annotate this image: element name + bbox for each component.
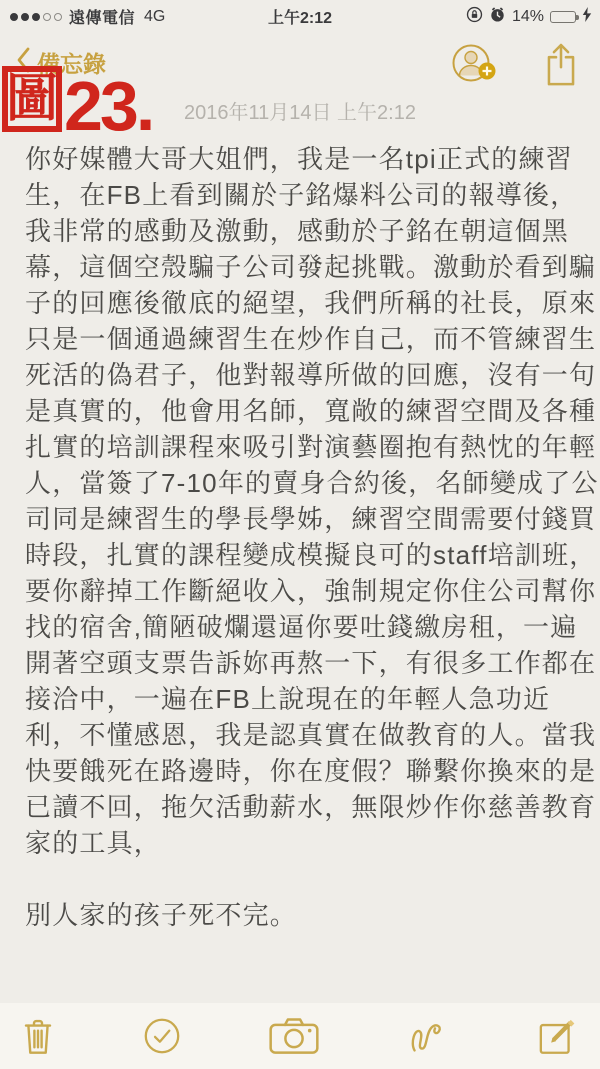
figure-stamp-boxed-char: 圖 (2, 66, 62, 132)
trash-icon (22, 1043, 54, 1058)
battery-percent-label: 14% (512, 8, 544, 26)
camera-button[interactable] (269, 1017, 319, 1055)
note-body-text[interactable]: 你好媒體大哥大姐們，我是一名tpi正式的練習 生，在FB上看到關於子銘爆料公司的… (25, 141, 598, 933)
status-bar: 遠傳電信 4G 上午2:12 14% (0, 0, 600, 33)
nav-actions (450, 42, 578, 88)
battery-icon (550, 11, 576, 23)
bottom-toolbar (0, 1003, 600, 1069)
share-button[interactable] (544, 43, 578, 87)
share-icon (544, 75, 578, 90)
status-right: 14% (466, 0, 592, 33)
iphone-notes-screen: 遠傳電信 4G 上午2:12 14% (0, 0, 600, 1069)
sketch-icon (408, 1044, 450, 1059)
figure-stamp-number: 23. (64, 74, 152, 138)
compose-icon (538, 1044, 578, 1059)
checklist-button[interactable] (143, 1017, 181, 1055)
figure-stamp: 圖 23. (2, 66, 152, 138)
orientation-lock-icon (466, 6, 483, 28)
delete-note-button[interactable] (22, 1017, 54, 1055)
compose-button[interactable] (538, 1016, 578, 1056)
add-people-icon (450, 76, 500, 91)
charging-bolt-icon (582, 7, 592, 27)
alarm-icon (489, 6, 506, 28)
camera-icon (269, 1043, 319, 1058)
check-circle-icon (143, 1043, 181, 1058)
add-people-button[interactable] (450, 42, 500, 88)
sketch-button[interactable] (408, 1016, 450, 1056)
